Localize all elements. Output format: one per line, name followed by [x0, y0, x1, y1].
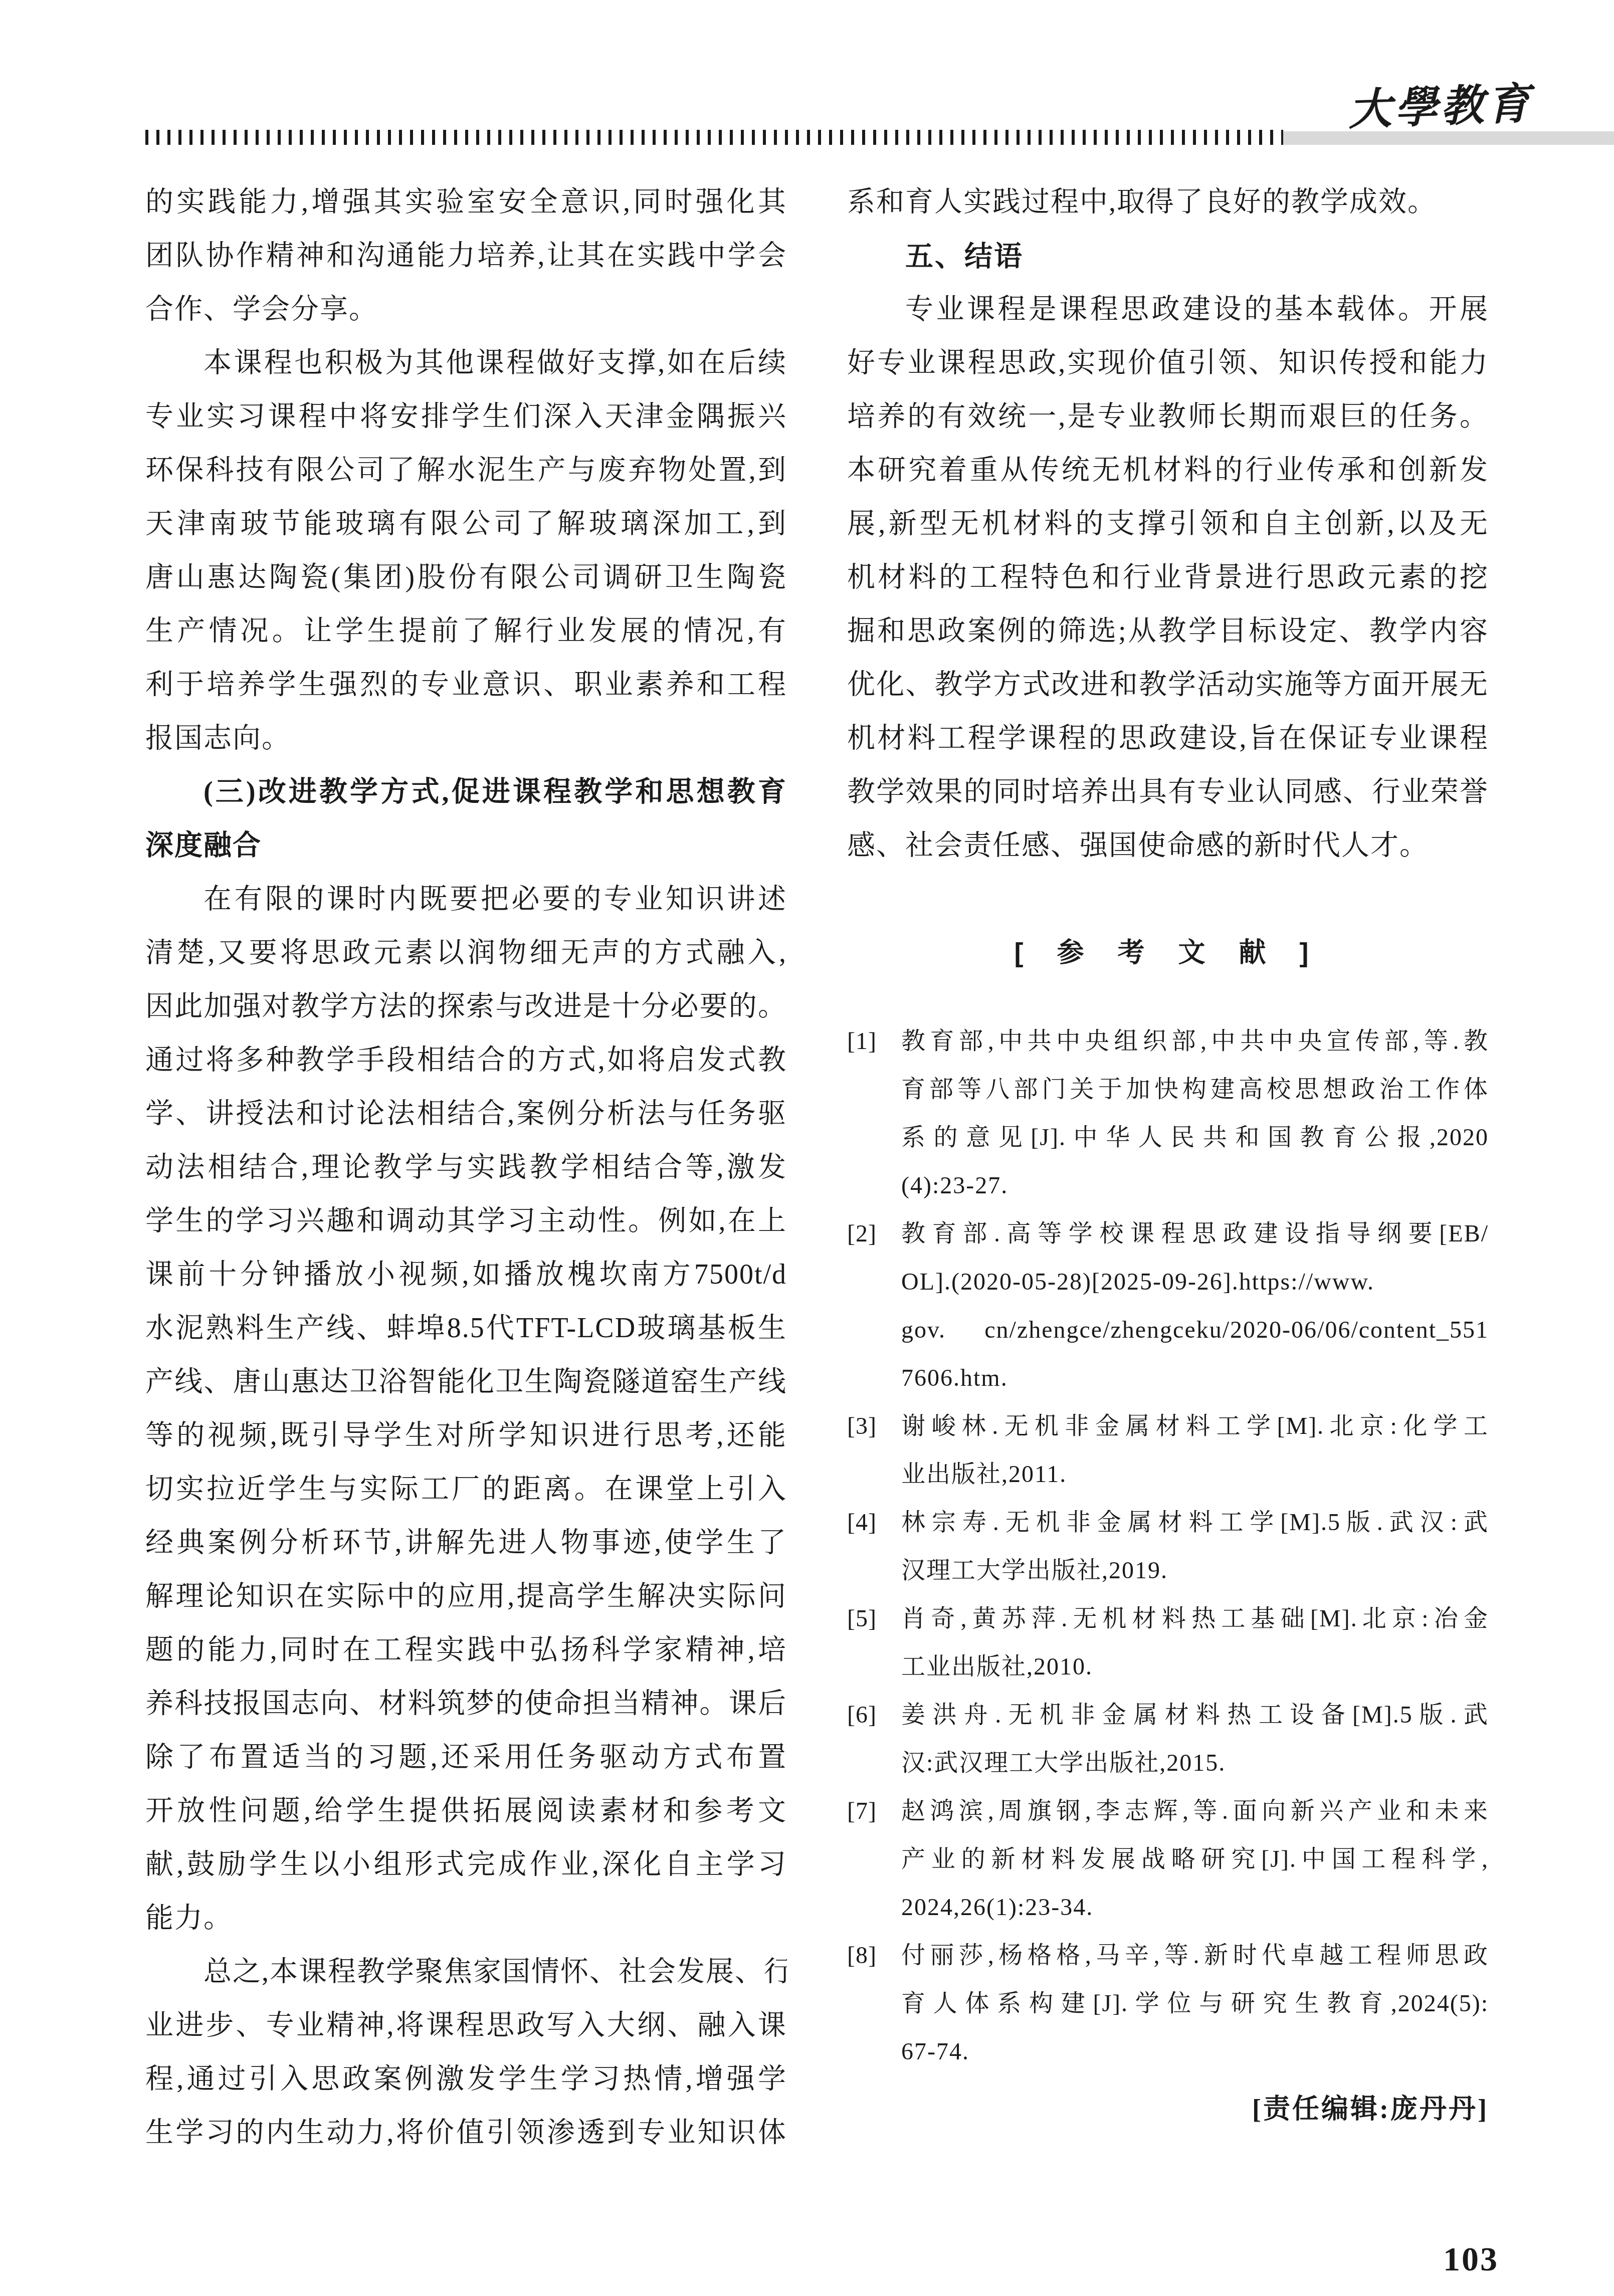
right-column: 系和育人实践过程中,取得了良好的教学成效。五、结语专业课程是课程思政建设的基本载…	[847, 175, 1489, 2133]
page-number: 103	[1443, 2236, 1499, 2281]
body-line: 专业实习课程中将安排学生们深入天津金隅振兴	[145, 390, 787, 444]
body-line: 清楚,又要将思政元素以润物细无声的方式融入,	[145, 926, 787, 980]
body-line: 报国志向。	[145, 712, 787, 765]
body-line: 机材料的工程特色和行业背景进行思政元素的挖	[847, 551, 1489, 604]
body-line: 优化、教学方式改进和教学活动实施等方面开展无	[847, 658, 1489, 712]
reference-line: 谢峻林.无机非金属材料工学[M].北京:化学工	[901, 1402, 1489, 1450]
body-line: 程,通过引入思政案例激发学生学习热情,增强学	[145, 2052, 787, 2106]
body-line: 解理论知识在实际中的应用,提高学生解决实际问	[145, 1570, 787, 1623]
reference-number: [6]	[847, 1691, 877, 1739]
body-line: 课前十分钟播放小视频,如播放槐坎南方7500t/d	[145, 1248, 787, 1302]
body-line: 养科技报国志向、材料筑梦的使命担当精神。课后	[145, 1677, 787, 1731]
body-line: 系和育人实践过程中,取得了良好的教学成效。	[847, 175, 1489, 229]
reference-item: [8]付丽莎,杨格格,马辛,等.新时代卓越工程师思政育人体系构建[J].学位与研…	[847, 1932, 1489, 2076]
body-line: 生学习的内生动力,将价值引领渗透到专业知识体	[145, 2106, 787, 2160]
body-line: 环保科技有限公司了解水泥生产与废弃物处置,到	[145, 444, 787, 497]
body-line: 学生的学习兴趣和调动其学习主动性。例如,在上	[145, 1194, 787, 1248]
body-line: 题的能力,同时在工程实践中弘扬科学家精神,培	[145, 1623, 787, 1677]
right-column-text: 系和育人实践过程中,取得了良好的教学成效。五、结语专业课程是课程思政建设的基本载…	[847, 175, 1489, 873]
body-line: 合作、学会分享。	[145, 283, 787, 336]
reference-line: 赵鸿滨,周旗钢,李志辉,等.面向新兴产业和未来	[901, 1787, 1489, 1835]
reference-line: 67-74.	[901, 2028, 1489, 2076]
references-list: [1]教育部,中共中央组织部,中共中央宣传部,等.教育部等八部门关于加快构建高校…	[847, 1017, 1489, 2076]
reference-line: 教育部.高等学校课程思政建设指导纲要[EB/	[901, 1210, 1489, 1258]
reference-line: 工业出版社,2010.	[901, 1643, 1489, 1691]
body-line: 生产情况。让学生提前了解行业发展的情况,有	[145, 604, 787, 658]
reference-number: [3]	[847, 1402, 877, 1450]
reference-item: [4]林宗寿.无机非金属材料工学[M].5版.武汉:武汉理工大学出版社,2019…	[847, 1499, 1489, 1595]
body-line: 教学效果的同时培养出具有专业认同感、行业荣誉	[847, 765, 1489, 819]
reference-item: [2]教育部.高等学校课程思政建设指导纲要[EB/OL].(2020-05-28…	[847, 1210, 1489, 1402]
body-line: 本课程也积极为其他课程做好支撑,如在后续	[145, 336, 787, 390]
reference-item: [7]赵鸿滨,周旗钢,李志辉,等.面向新兴产业和未来产业的新材料发展战略研究[J…	[847, 1787, 1489, 1932]
reference-line: 汉理工大学出版社,2019.	[901, 1547, 1489, 1595]
body-line: 总之,本课程教学聚焦家国情怀、社会发展、行	[145, 1945, 787, 1999]
reference-line: 教育部,中共中央组织部,中共中央宣传部,等.教	[901, 1017, 1489, 1066]
body-line: 学、讲授法和讨论法相结合,案例分析法与任务驱	[145, 1087, 787, 1141]
reference-line: 林宗寿.无机非金属材料工学[M].5版.武汉:武	[901, 1499, 1489, 1547]
body-line: 好专业课程思政,实现价值引领、知识传授和能力	[847, 336, 1489, 390]
body-line: 专业课程是课程思政建设的基本载体。开展	[847, 283, 1489, 336]
body-line: 动法相结合,理论教学与实践教学相结合等,激发	[145, 1141, 787, 1194]
reference-line: 业出版社,2011.	[901, 1450, 1489, 1499]
body-line: 通过将多种教学手段相结合的方式,如将启发式教	[145, 1033, 787, 1087]
body-line: 掘和思政案例的筛选;从教学目标设定、教学内容	[847, 604, 1489, 658]
reference-number: [4]	[847, 1499, 877, 1547]
reference-line: 育部等八部门关于加快构建高校思想政治工作体	[901, 1066, 1489, 1114]
reference-number: [5]	[847, 1595, 877, 1643]
reference-line: (4):23-27.	[901, 1162, 1489, 1210]
body-line: 献,鼓励学生以小组形式完成作业,深化自主学习	[145, 1838, 787, 1892]
reference-item: [6]姜洪舟.无机非金属材料热工设备[M].5版.武汉:武汉理工大学出版社,20…	[847, 1691, 1489, 1787]
body-line: 唐山惠达陶瓷(集团)股份有限公司调研卫生陶瓷	[145, 551, 787, 604]
body-line: 能力。	[145, 1892, 787, 1945]
body-line: 产线、唐山惠达卫浴智能化卫生陶瓷隧道窑生产线	[145, 1355, 787, 1409]
body-line: 利于培养学生强烈的专业意识、职业素养和工程	[145, 658, 787, 712]
body-line: 等的视频,既引导学生对所学知识进行思考,还能	[145, 1409, 787, 1463]
reference-line: 7606.htm.	[901, 1354, 1489, 1402]
body-line: 除了布置适当的习题,还采用任务驱动方式布置	[145, 1731, 787, 1784]
reference-number: [2]	[847, 1210, 877, 1258]
body-line: 展,新型无机材料的支撑引领和自主创新,以及无	[847, 497, 1489, 551]
reference-line: 系的意见[J].中华人民共和国教育公报,2020	[901, 1114, 1489, 1162]
body-line: 因此加强对教学方法的探索与改进是十分必要的。	[145, 980, 787, 1033]
body-line: 感、社会责任感、强国使命感的新时代人才。	[847, 819, 1489, 873]
reference-item: [5]肖奇,黄苏萍.无机材料热工基础[M].北京:冶金工业出版社,2010.	[847, 1595, 1489, 1691]
reference-line: gov. cn/zhengce/zhengceku/2020-06/06/con…	[901, 1306, 1489, 1354]
reference-line: 肖奇,黄苏萍.无机材料热工基础[M].北京:冶金	[901, 1595, 1489, 1643]
reference-line: 育人体系构建[J].学位与研究生教育,2024(5):	[901, 1980, 1489, 2028]
reference-line: 产业的新材料发展战略研究[J].中国工程科学,	[901, 1835, 1489, 1884]
body-line: 水泥熟料生产线、蚌埠8.5代TFT-LCD玻璃基板生	[145, 1302, 787, 1355]
body-line: 培养的有效统一,是专业教师长期而艰巨的任务。	[847, 390, 1489, 444]
header-dotted-rule	[145, 130, 1283, 145]
body-line: 机材料工程学课程的思政建设,旨在保证专业课程	[847, 712, 1489, 765]
reference-line: OL].(2020-05-28)[2025-09-26].https://www…	[901, 1258, 1489, 1306]
body-line: 在有限的课时内既要把必要的专业知识讲述	[145, 873, 787, 926]
left-column: 的实践能力,增强其实验室安全意识,同时强化其团队协作精神和沟通能力培养,让其在实…	[145, 175, 787, 2160]
editor-note: [责任编辑:庞丹丹]	[847, 2085, 1489, 2133]
body-line: 开放性问题,给学生提供拓展阅读素材和参考文	[145, 1784, 787, 1838]
body-line: 团队协作精神和沟通能力培养,让其在实践中学会	[145, 229, 787, 283]
journal-page: 大學教育 的实践能力,增强其实验室安全意识,同时强化其团队协作精神和沟通能力培养…	[0, 0, 1614, 2296]
body-line: 切实拉近学生与实际工厂的距离。在课堂上引入	[145, 1463, 787, 1516]
body-line: 的实践能力,增强其实验室安全意识,同时强化其	[145, 175, 787, 229]
reference-line: 付丽莎,杨格格,马辛,等.新时代卓越工程师思政	[901, 1932, 1489, 1980]
references-title: [ 参 考 文 献 ]	[847, 926, 1489, 980]
reference-line: 汉:武汉理工大学出版社,2015.	[901, 1739, 1489, 1787]
reference-item: [1]教育部,中共中央组织部,中共中央宣传部,等.教育部等八部门关于加快构建高校…	[847, 1017, 1489, 1210]
reference-number: [8]	[847, 1932, 877, 1980]
body-line: 经典案例分析环节,讲解先进人物事迹,使学生了	[145, 1516, 787, 1570]
section-heading: 五、结语	[847, 229, 1489, 283]
subsection-heading-line: (三)改进教学方式,促进课程教学和思想教育	[145, 765, 787, 819]
reference-number: [1]	[847, 1017, 877, 1066]
reference-item: [3]谢峻林.无机非金属材料工学[M].北京:化学工业出版社,2011.	[847, 1402, 1489, 1499]
reference-number: [7]	[847, 1787, 877, 1835]
journal-logo: 大學教育	[1347, 76, 1515, 138]
subsection-heading-line: 深度融合	[145, 819, 787, 873]
reference-line: 2024,26(1):23-34.	[901, 1884, 1489, 1932]
reference-line: 姜洪舟.无机非金属材料热工设备[M].5版.武	[901, 1691, 1489, 1739]
body-line: 本研究着重从传统无机材料的行业传承和创新发	[847, 444, 1489, 497]
body-line: 业进步、专业精神,将课程思政写入大纲、融入课	[145, 1999, 787, 2052]
body-line: 天津南玻节能玻璃有限公司了解玻璃深加工,到	[145, 497, 787, 551]
